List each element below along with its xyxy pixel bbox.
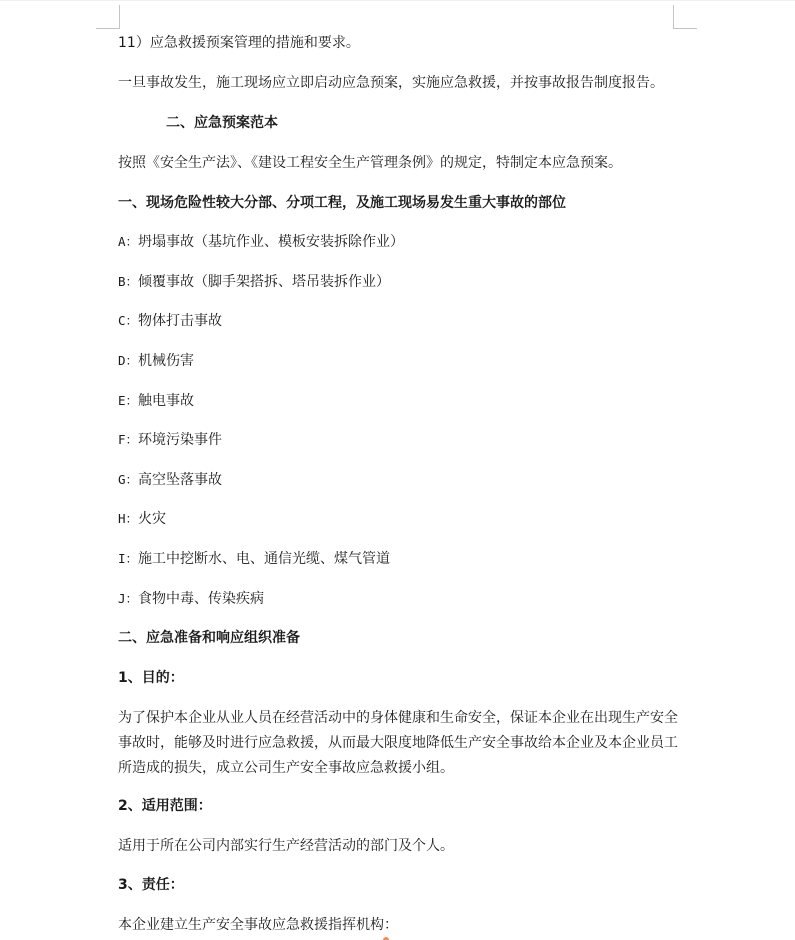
hazard-item-d: D：机械伤害	[118, 353, 194, 369]
hazard-label: J：	[118, 591, 138, 606]
hazard-item-g: G：高空坠落事故	[118, 472, 222, 488]
heading-scope: 2、适用范围：	[118, 798, 212, 814]
hazard-text: 坍塌事故（基坑作业、模板安装拆除作业）	[138, 234, 404, 250]
hazard-label: D：	[118, 353, 138, 368]
hazard-item-f: F：环境污染事件	[118, 432, 222, 448]
margin-corner-mark-top-left	[96, 5, 120, 29]
purpose-line-3: 所造成的损失，成立公司生产安全事故应急救援小组。	[118, 756, 674, 781]
hazard-item-b: B：倾覆事故（脚手架搭拆、塔吊装拆作业）	[118, 274, 390, 290]
hazard-item-c: C：物体打击事故	[118, 313, 222, 329]
hazard-label: A：	[118, 234, 138, 249]
hazard-label: E：	[118, 393, 138, 408]
hazard-label: C：	[118, 313, 138, 328]
purpose-line-2: 事故时，能够及时进行应急救援，从而最大限度地降低生产安全事故给本企业及本企业员工	[118, 731, 674, 756]
accident-response-text: 一旦事故发生，施工现场应立即启动应急预案，实施应急救援，并按事故报告制度报告。	[118, 75, 664, 91]
hazard-text: 机械伤害	[138, 353, 194, 369]
hazard-text: 施工中挖断水、电、通信光缆、煤气管道	[138, 551, 390, 567]
hazard-label: F：	[118, 432, 138, 447]
section-heading-template: 二、应急预案范本	[166, 115, 278, 131]
hazard-label: H：	[118, 511, 138, 526]
hazard-label: I：	[118, 551, 138, 566]
hazard-item-e: E：触电事故	[118, 393, 194, 409]
purpose-paragraph: 为了保护本企业从业人员在经营活动中的身体健康和生命安全，保证本企业在出现生产安全…	[118, 706, 674, 781]
heading-responsibility: 3、责任：	[118, 877, 184, 893]
hazard-text: 倾覆事故（脚手架搭拆、塔吊装拆作业）	[138, 274, 390, 290]
heading-emergency-preparation: 二、应急准备和响应组织准备	[118, 630, 300, 646]
responsibility-text: 本企业建立生产安全事故应急救援指挥机构：	[118, 917, 398, 933]
basis-text: 按照《安全生产法》、《建设工程安全生产管理条例》的规定，特制定本应急预案。	[118, 155, 622, 171]
hazard-text: 物体打击事故	[138, 313, 222, 329]
hazard-text: 火灾	[138, 511, 166, 527]
scope-text: 适用于所在公司内部实行生产经营活动的部门及个人。	[118, 838, 454, 854]
page-top-edge	[0, 0, 795, 1]
heading-purpose: 1、目的：	[118, 670, 184, 686]
purpose-line-1: 为了保护本企业从业人员在经营活动中的身体健康和生命安全，保证本企业在出现生产安全	[118, 706, 674, 731]
hazard-label: G：	[118, 472, 138, 487]
heading-hazard-locations: 一、现场危险性较大分部、分项工程，及施工现场易发生重大事故的部位	[118, 195, 566, 211]
hazard-text: 触电事故	[138, 393, 194, 409]
hazard-text: 环境污染事件	[138, 432, 222, 448]
list-item-11: 11）应急救援预案管理的措施和要求。	[118, 35, 360, 51]
hazard-text: 高空坠落事故	[138, 472, 222, 488]
margin-corner-mark-top-right	[673, 5, 697, 29]
hazard-item-a: A：坍塌事故（基坑作业、模板安装拆除作业）	[118, 234, 404, 250]
hazard-item-j: J：食物中毒、传染疾病	[118, 591, 264, 607]
hazard-item-i: I：施工中挖断水、电、通信光缆、煤气管道	[118, 551, 390, 567]
hazard-label: B：	[118, 274, 138, 289]
hazard-item-h: H：火灾	[118, 511, 166, 527]
hazard-text: 食物中毒、传染疾病	[138, 591, 264, 607]
